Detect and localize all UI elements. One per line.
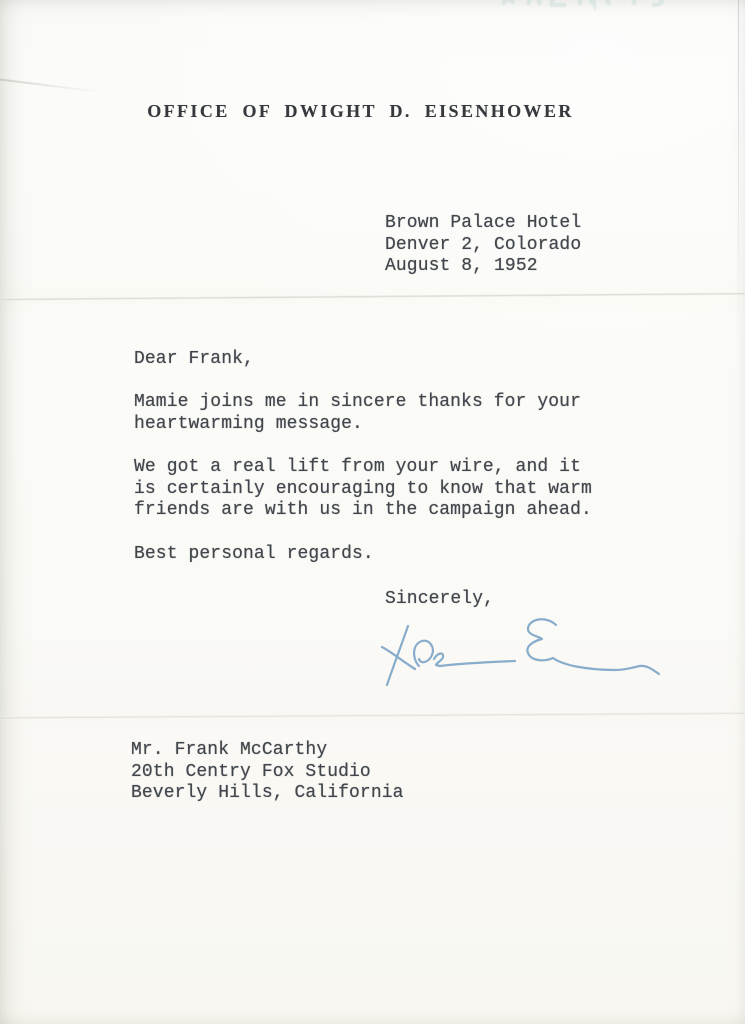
signature-stroke-loop (414, 641, 433, 666)
signature-stroke-connector (434, 653, 515, 666)
salutation: Dear Frank, (134, 349, 254, 371)
letterhead-office-line: OFFICE OF DWIGHT D. EISENHOWER (0, 101, 721, 122)
paper-edge-shadow (738, 0, 739, 335)
dateline-address-block: Brown Palace Hotel Denver 2, Colorado Au… (385, 213, 581, 278)
body-paragraph-3: Best personal regards. (134, 544, 374, 566)
stamp-glyph-shapes (500, 0, 670, 11)
signature-stroke-tall (387, 626, 408, 685)
body-paragraph-1: Mamie joins me in sincere thanks for you… (134, 392, 581, 435)
fold-crease-lower (0, 712, 745, 720)
body-paragraph-2: We got a real lift from your wire, and i… (134, 457, 592, 522)
corner-crease (0, 77, 100, 92)
letter-scan: OFFICE OF DWIGHT D. EISENHOWER Brown Pal… (0, 0, 745, 1024)
recipient-address: Mr. Frank McCarthy 20th Centry Fox Studi… (131, 740, 404, 805)
signature-stroke-sigma-tail (527, 619, 659, 674)
cropped-stamp-mark (500, 0, 670, 11)
fold-crease-upper (0, 292, 745, 301)
ike-signature (372, 608, 672, 688)
